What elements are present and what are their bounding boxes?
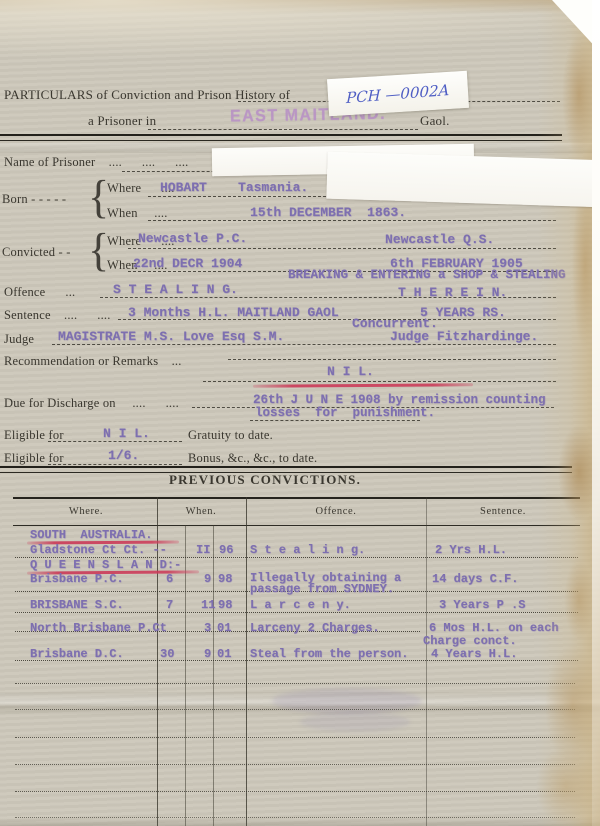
previous-convictions-title: PREVIOUS CONVICTIONS. [169, 472, 361, 488]
table-row-month: 3 [204, 621, 211, 635]
table-row-offence: Larceny 2 Charges. [250, 621, 380, 635]
remarks-label: Recommendation or Remarks ... [4, 354, 182, 369]
table-row-where: Brisbane D.C. [30, 647, 124, 661]
judge-value-left: MAGISTRATE M.S. Love Esq S.M. [58, 329, 284, 344]
table-row-month: 11 [201, 598, 215, 612]
remarks-line-2 [203, 381, 556, 382]
table-row-sentence-line2: Charge conct. [423, 634, 517, 648]
discharge-value-line1: 26th J U N E 1908 by remission counting [253, 393, 546, 407]
ink-showthrough [272, 688, 422, 714]
eligible-bonus-line [48, 464, 182, 465]
column-header-sentence: Sentence. [480, 506, 526, 517]
table-row-offence-line2: passage from SYDNEY. [250, 582, 394, 596]
table-row-offence: Steal from the person. [250, 647, 408, 661]
table-empty-row-line [15, 683, 575, 684]
column-header-where: Where. [69, 506, 103, 517]
table-row-year: 98 [218, 572, 232, 586]
born-when-line [148, 220, 556, 221]
table-row-line [15, 612, 578, 613]
scan-background-edge [592, 0, 600, 826]
sentence-label: Sentence .... .... [4, 308, 111, 323]
table-row-month: II [196, 543, 210, 557]
table-row-month: 9 [204, 647, 211, 661]
discharge-label: Due for Discharge on .... .... [4, 396, 179, 411]
table-empty-row-line [15, 709, 575, 710]
discharge-value-line2: losses for punishment. [255, 406, 435, 420]
table-empty-row-line [15, 737, 575, 738]
offence-continuation: BREAKING & ENTERING a SHOP & STEALING [288, 268, 566, 282]
gaol-label: Gaol. [420, 113, 450, 129]
eligible-gratuity-text: Gratuity to date. [188, 428, 273, 443]
judge-value-right: Judge Fitzhardinge. [390, 329, 538, 344]
table-row-year: 98 [218, 598, 232, 612]
judge-line [52, 344, 556, 345]
ink-showthrough [300, 712, 410, 732]
edge-stain [564, 560, 594, 640]
table-row-day: 6 [166, 572, 173, 586]
gaol-answer-line [148, 129, 418, 130]
table-row-sentence: 4 Years H.L. [431, 647, 517, 661]
table-row-where: Gladstone Ct Ct. -- [30, 543, 167, 557]
table-row-sentence: 2 Yrs H.L. [435, 543, 507, 557]
eligible-gratuity-value: N I L. [103, 426, 150, 441]
edge-stain [536, 746, 596, 826]
table-row-sentence: 3 Years P .S [439, 598, 525, 612]
table-vline-when-offence [246, 497, 247, 826]
table-row-day: 30 [160, 647, 174, 661]
table-row-day: 7 [166, 598, 173, 612]
born-when-label: When .... [107, 206, 168, 221]
table-row-year: 01 [217, 621, 231, 635]
table-row-where: BRISBANE S.C. [30, 598, 124, 612]
remarks-value: N I L. [327, 364, 374, 379]
offence-value-right: T H E R E I N. [398, 285, 507, 300]
redaction-box [326, 152, 600, 208]
name-of-prisoner-label: Name of Prisoner .... .... .... [4, 155, 188, 170]
table-row-sentence: 14 days C.F. [432, 572, 518, 586]
born-brace: { [88, 171, 109, 225]
convicted-when-value-left: 22nd DECR 1904 [133, 256, 242, 271]
table-top-rule [13, 497, 580, 499]
column-header-when: When. [186, 506, 217, 517]
eligible-bonus-value: 1/6. [108, 448, 139, 463]
sentence-value-left: 3 Months H.L. MAITLAND GAOL [128, 305, 339, 320]
born-label: Born - - - - - [2, 192, 66, 207]
convicted-label: Convicted - - [2, 245, 71, 260]
archive-sticker: PCH —0002A [327, 71, 469, 116]
eligible-gratuity-line [48, 441, 182, 442]
remarks-red-underline [253, 383, 473, 388]
convicted-brace: { [88, 224, 109, 278]
judge-label: Judge [4, 332, 34, 347]
edge-stain [562, 35, 596, 155]
remarks-line-1 [228, 359, 556, 360]
born-when-value: 15th DECEMBER 1863. [250, 205, 406, 220]
table-row-where: Brisbane P.C. [30, 572, 124, 586]
eligible-bonus-text: Bonus, &c., &c., to date. [188, 451, 317, 466]
table-vline-month-year [213, 525, 214, 826]
convicted-where-value-left: Newcastle P.C. [138, 231, 247, 246]
table-row-month: 9 [204, 572, 211, 586]
table-row-where: North Brisbane P.Ct [30, 621, 167, 635]
offence-value-left: S T E A L I N G. [113, 282, 238, 297]
discharge-underline-2 [250, 420, 420, 421]
table-row-year: 01 [217, 647, 231, 661]
prisoner-in-label: a Prisoner in [88, 113, 156, 129]
bottom-shadow [0, 818, 600, 826]
column-header-offence: Offence. [315, 506, 356, 517]
table-row-offence: S t e a l i n g. [250, 543, 365, 557]
table-empty-row-line [15, 764, 575, 765]
sticker-code: PCH —0002A [346, 80, 450, 106]
born-where-value: HOBART Tasmania. [160, 180, 308, 195]
table-row-offence: L a r c e n y. [250, 598, 351, 612]
table-empty-row-line [15, 791, 575, 792]
table-vline-offence-sentence [426, 497, 427, 826]
offence-label: Offence ... [4, 285, 75, 300]
convicted-where-line [128, 248, 556, 249]
table-header-rule [13, 525, 580, 526]
document-page: PARTICULARS of Conviction and Prison His… [0, 0, 600, 826]
double-rule-top [0, 134, 562, 141]
convicted-where-value-right: Newcastle Q.S. [385, 232, 494, 247]
table-row-year: 96 [219, 543, 233, 557]
